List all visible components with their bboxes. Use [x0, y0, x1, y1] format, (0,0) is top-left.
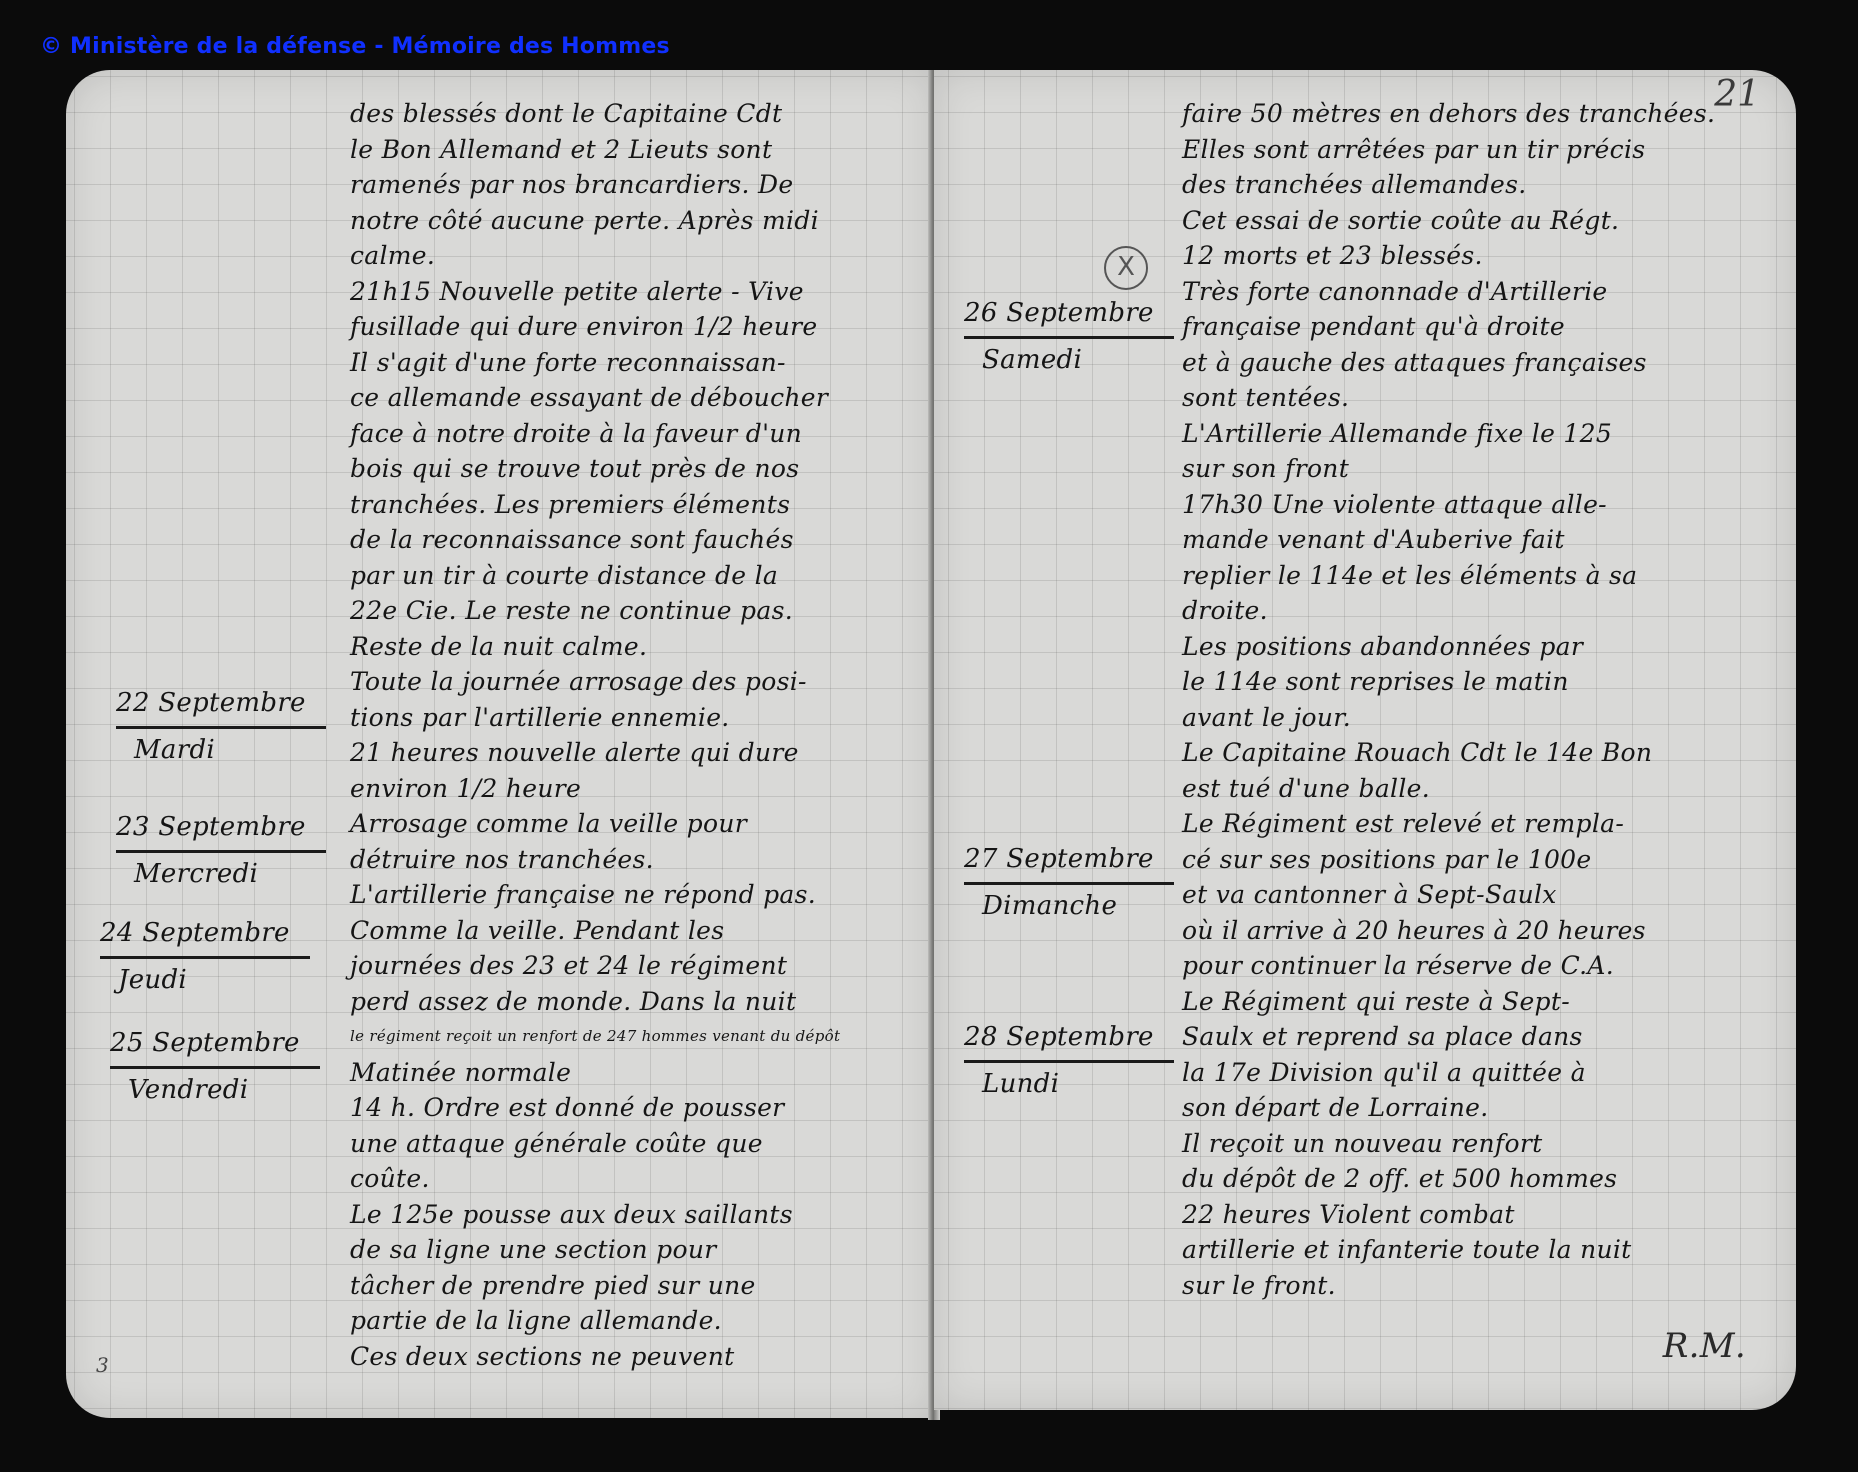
- text-line: des blessés dont le Capitaine Cdt: [350, 96, 916, 132]
- text-line: 22 heures Violent combat: [1182, 1197, 1772, 1233]
- weekday-label: Jeudi: [100, 963, 310, 999]
- text-line: Comme la veille. Pendant les: [350, 913, 916, 949]
- text-line: fusillade qui dure environ 1/2 heure: [350, 309, 916, 345]
- text-line: Le Régiment qui reste à Sept-: [1182, 984, 1772, 1020]
- text-line: L'Artillerie Allemande fixe le 125: [1182, 416, 1772, 452]
- date-heading: 27 Septembre Dimanche: [964, 842, 1174, 924]
- weekday-label: Mardi: [116, 733, 326, 769]
- journal-page-right: 21 X faire 50 mètres en dehors des tranc…: [934, 70, 1796, 1410]
- text-line: ramenés par nos brancardiers. De: [350, 167, 916, 203]
- author-initials: R.M.: [1663, 1329, 1746, 1365]
- text-line: tions par l'artillerie ennemie.: [350, 700, 916, 736]
- text-line: Très forte canonnade d'Artillerie: [1182, 274, 1772, 310]
- date-heading: 23 Septembre Mercredi: [116, 810, 326, 892]
- text-line: française pendant qu'à droite: [1182, 309, 1772, 345]
- text-line: tranchées. Les premiers éléments: [350, 487, 916, 523]
- text-line: le Bon Allemand et 2 Lieuts sont: [350, 132, 916, 168]
- text-line: droite.: [1182, 593, 1772, 629]
- text-line: et à gauche des attaques françaises: [1182, 345, 1772, 381]
- text-line: tâcher de prendre pied sur une: [350, 1268, 916, 1304]
- date-label: 24 Septembre: [100, 916, 310, 959]
- text-line: Il s'agit d'une forte reconnaissan-: [350, 345, 916, 381]
- weekday-label: Dimanche: [964, 889, 1174, 925]
- text-line: face à notre droite à la faveur d'un: [350, 416, 916, 452]
- text-line: une attaque générale coûte que: [350, 1126, 916, 1162]
- text-line: sur son front: [1182, 451, 1772, 487]
- text-line: 22e Cie. Le reste ne continue pas.: [350, 593, 916, 629]
- weekday-label: Vendredi: [110, 1073, 320, 1109]
- text-line: par un tir à courte distance de la: [350, 558, 916, 594]
- text-line: 12 morts et 23 blessés.: [1182, 238, 1772, 274]
- text-line: sur le front.: [1182, 1268, 1772, 1304]
- text-line: Ces deux sections ne peuvent: [350, 1339, 916, 1375]
- text-line: calme.: [350, 238, 916, 274]
- text-line: mande venant d'Auberive fait: [1182, 522, 1772, 558]
- text-line-insertion: le régiment reçoit un renfort de 247 hom…: [350, 1019, 916, 1055]
- text-line: de sa ligne une section pour: [350, 1232, 916, 1268]
- text-line: faire 50 mètres en dehors des tranchées.: [1182, 96, 1772, 132]
- text-line: Reste de la nuit calme.: [350, 629, 916, 665]
- text-line: 21h15 Nouvelle petite alerte - Vive: [350, 274, 916, 310]
- text-line: environ 1/2 heure: [350, 771, 916, 807]
- date-label: 22 Septembre: [116, 686, 326, 729]
- stray-pencil-mark: 3: [96, 1348, 109, 1384]
- date-label: 23 Septembre: [116, 810, 326, 853]
- date-label: 25 Septembre: [110, 1026, 320, 1069]
- text-line: L'artillerie française ne répond pas.: [350, 877, 916, 913]
- text-line: Il reçoit un nouveau renfort: [1182, 1126, 1772, 1162]
- text-line: est tué d'une balle.: [1182, 771, 1772, 807]
- text-line: et va cantonner à Sept-Saulx: [1182, 877, 1772, 913]
- date-heading: 25 Septembre Vendredi: [110, 1026, 320, 1108]
- text-line: replier le 114e et les éléments à sa: [1182, 558, 1772, 594]
- date-heading: 26 Septembre Samedi: [964, 296, 1174, 378]
- date-label: 26 Septembre: [964, 296, 1174, 339]
- text-line: Saulx et reprend sa place dans: [1182, 1019, 1772, 1055]
- text-line: Elles sont arrêtées par un tir précis: [1182, 132, 1772, 168]
- text-line: ce allemande essayant de déboucher: [350, 380, 916, 416]
- text-line: artillerie et infanterie toute la nuit: [1182, 1232, 1772, 1268]
- circled-x-mark-icon: X: [1104, 246, 1148, 290]
- text-line: Le Régiment est relevé et rempla-: [1182, 806, 1772, 842]
- text-line: Matinée normale: [350, 1055, 916, 1091]
- text-line: le 114e sont reprises le matin: [1182, 664, 1772, 700]
- text-line: 21 heures nouvelle alerte qui dure: [350, 735, 916, 771]
- text-line: Toute la journée arrosage des posi-: [350, 664, 916, 700]
- text-line: de la reconnaissance sont fauchés: [350, 522, 916, 558]
- journal-page-left: des blessés dont le Capitaine Cdt le Bon…: [66, 70, 934, 1418]
- date-heading: 24 Septembre Jeudi: [100, 916, 310, 998]
- text-line: la 17e Division qu'il a quittée à: [1182, 1055, 1772, 1091]
- text-line: Cet essai de sortie coûte au Régt.: [1182, 203, 1772, 239]
- text-line: cé sur ses positions par le 100e: [1182, 842, 1772, 878]
- text-line: pour continuer la réserve de C.A.: [1182, 948, 1772, 984]
- text-line: Les positions abandonnées par: [1182, 629, 1772, 665]
- text-line: journées des 23 et 24 le régiment: [350, 948, 916, 984]
- text-line: du dépôt de 2 off. et 500 hommes: [1182, 1161, 1772, 1197]
- date-label: 27 Septembre: [964, 842, 1174, 885]
- date-heading: 22 Septembre Mardi: [116, 686, 326, 768]
- left-page-text: des blessés dont le Capitaine Cdt le Bon…: [350, 96, 916, 1374]
- text-line: Le 125e pousse aux deux saillants: [350, 1197, 916, 1233]
- text-line: avant le jour.: [1182, 700, 1772, 736]
- text-line: coûte.: [350, 1161, 916, 1197]
- text-line: perd assez de monde. Dans la nuit: [350, 984, 916, 1020]
- text-line: des tranchées allemandes.: [1182, 167, 1772, 203]
- date-heading: 28 Septembre Lundi: [964, 1020, 1174, 1102]
- text-line: notre côté aucune perte. Après midi: [350, 203, 916, 239]
- weekday-label: Samedi: [964, 343, 1174, 379]
- right-page-text: faire 50 mètres en dehors des tranchées.…: [1182, 96, 1772, 1303]
- text-line: bois qui se trouve tout près de nos: [350, 451, 916, 487]
- text-line: Arrosage comme la veille pour: [350, 806, 916, 842]
- date-label: 28 Septembre: [964, 1020, 1174, 1063]
- text-line: 17h30 Une violente attaque alle-: [1182, 487, 1772, 523]
- text-line: Le Capitaine Rouach Cdt le 14e Bon: [1182, 735, 1772, 771]
- text-line: son départ de Lorraine.: [1182, 1090, 1772, 1126]
- copyright-watermark: © Ministère de la défense - Mémoire des …: [40, 34, 670, 59]
- text-line: où il arrive à 20 heures à 20 heures: [1182, 913, 1772, 949]
- text-line: partie de la ligne allemande.: [350, 1303, 916, 1339]
- text-line: détruire nos tranchées.: [350, 842, 916, 878]
- text-line: 14 h. Ordre est donné de pousser: [350, 1090, 916, 1126]
- weekday-label: Lundi: [964, 1067, 1174, 1103]
- weekday-label: Mercredi: [116, 857, 326, 893]
- text-line: sont tentées.: [1182, 380, 1772, 416]
